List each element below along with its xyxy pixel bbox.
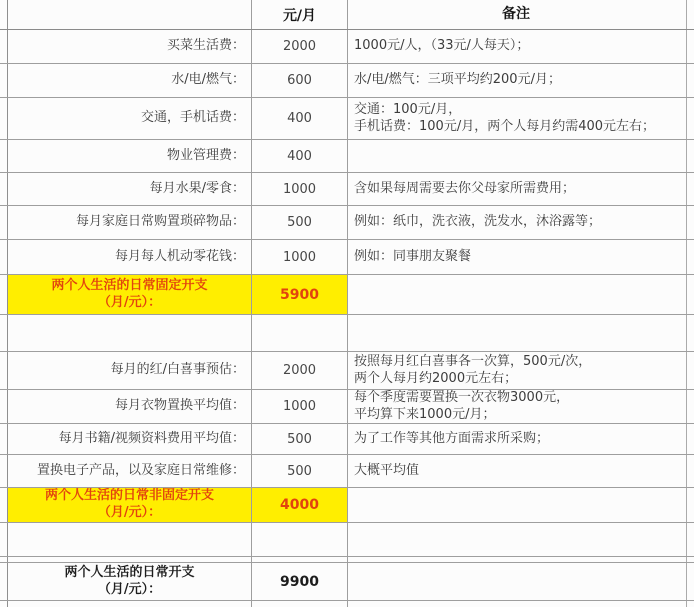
row-remark: 水/电/燃气：三项平均约200元/月； — [348, 64, 687, 97]
empty-row — [0, 523, 694, 557]
row-amount: 600 — [252, 64, 348, 97]
row-amount: 1000 — [252, 390, 348, 423]
table-row: 每月衣物置换平均值： 1000 每个季度需要置换一次衣物3000元， 平均算下来… — [0, 390, 694, 424]
empty-row — [0, 315, 694, 352]
row-amount: 500 — [252, 206, 348, 239]
row-remark: 例如：同事朋友聚餐 — [348, 240, 687, 274]
row-remark — [348, 140, 687, 172]
rightmost-strip-cell — [687, 0, 694, 29]
row-label: 每月水果/零食： — [8, 173, 252, 205]
row-remark — [348, 488, 687, 522]
row-label: 每月书籍/视频资料费用平均值： — [8, 424, 252, 454]
row-label: 每月每人机动零花钱： — [8, 240, 252, 274]
row-remark: 每个季度需要置换一次衣物3000元， 平均算下来1000元/月； — [348, 390, 687, 423]
row-amount: 500 — [252, 424, 348, 454]
row-label: 水/电/燃气： — [8, 64, 252, 97]
row-label: 每月家庭日常购置琐碎物品： — [8, 206, 252, 239]
total-row: 两个人生活的日常开支 （月/元）： 9900 — [0, 563, 694, 601]
row-amount: 2000 — [252, 30, 348, 63]
table-row: 置换电子产品，以及家庭日常维修： 500 大概平均值 — [0, 455, 694, 488]
row-label: 每月衣物置换平均值： — [8, 390, 252, 423]
row-remark: 按照每月红白喜事各一次算，500元/次， 两个人每月约2000元左右； — [348, 352, 687, 389]
subtotal-label: 两个人生活的日常非固定开支 （月/元）： — [8, 488, 252, 522]
col-header-amount: 元/月 — [252, 0, 348, 29]
row-remark: 大概平均值 — [348, 455, 687, 487]
row-remark: 为了工作等其他方面需求所采购； — [348, 424, 687, 454]
row-amount: 500 — [252, 455, 348, 487]
row-amount: 1000 — [252, 173, 348, 205]
table-row: 交通，手机话费： 400 交通：100元/月， 手机话费：100元/月，两个人每… — [0, 98, 694, 140]
table-row: 买菜生活费： 2000 1000元/人，（33元/人每天）； — [0, 30, 694, 64]
header-row: 元/月 备注 — [0, 0, 694, 30]
row-label: 置换电子产品，以及家庭日常维修： — [8, 455, 252, 487]
row-amount: 400 — [252, 140, 348, 172]
row-label: 物业管理费： — [8, 140, 252, 172]
table-row: 每月的红/白喜事预估： 2000 按照每月红白喜事各一次算，500元/次， 两个… — [0, 352, 694, 390]
bottom-sliver-row — [0, 601, 694, 607]
subtotal-amount: 5900 — [252, 275, 348, 314]
row-remark: 例如：纸巾，洗衣液，洗发水，沐浴露等； — [348, 206, 687, 239]
subtotal-row-fixed: 两个人生活的日常固定开支 （月/元）： 5900 — [0, 275, 694, 315]
row-remark: 1000元/人，（33元/人每天）； — [348, 30, 687, 63]
col-header-remark: 备注 — [348, 0, 687, 29]
leftmost-strip-cell — [0, 0, 8, 29]
total-amount: 9900 — [252, 563, 348, 600]
total-label: 两个人生活的日常开支 （月/元）： — [8, 563, 252, 600]
table-row: 每月水果/零食： 1000 含如果每周需要去你父母家所需费用； — [0, 173, 694, 206]
subtotal-amount: 4000 — [252, 488, 348, 522]
row-label: 买菜生活费： — [8, 30, 252, 63]
row-amount: 400 — [252, 98, 348, 139]
row-amount: 1000 — [252, 240, 348, 274]
table-row: 每月每人机动零花钱： 1000 例如：同事朋友聚餐 — [0, 240, 694, 275]
row-remark: 交通：100元/月， 手机话费：100元/月，两个人每月约需400元左右； — [348, 98, 687, 139]
row-remark: 含如果每周需要去你父母家所需费用； — [348, 173, 687, 205]
row-remark — [348, 563, 687, 600]
subtotal-row-variable: 两个人生活的日常非固定开支 （月/元）： 4000 — [0, 488, 694, 523]
header-label-cell — [8, 0, 252, 29]
table-row: 水/电/燃气： 600 水/电/燃气：三项平均约200元/月； — [0, 64, 694, 98]
table-row: 每月书籍/视频资料费用平均值： 500 为了工作等其他方面需求所采购； — [0, 424, 694, 455]
subtotal-label: 两个人生活的日常固定开支 （月/元）： — [8, 275, 252, 314]
table-row: 物业管理费： 400 — [0, 140, 694, 173]
table-row: 每月家庭日常购置琐碎物品： 500 例如：纸巾，洗衣液，洗发水，沐浴露等； — [0, 206, 694, 240]
row-label: 交通，手机话费： — [8, 98, 252, 139]
row-remark — [348, 275, 687, 314]
expense-table: 元/月 备注 买菜生活费： 2000 1000元/人，（33元/人每天）； 水/… — [0, 0, 694, 607]
row-label: 每月的红/白喜事预估： — [8, 352, 252, 389]
row-amount: 2000 — [252, 352, 348, 389]
